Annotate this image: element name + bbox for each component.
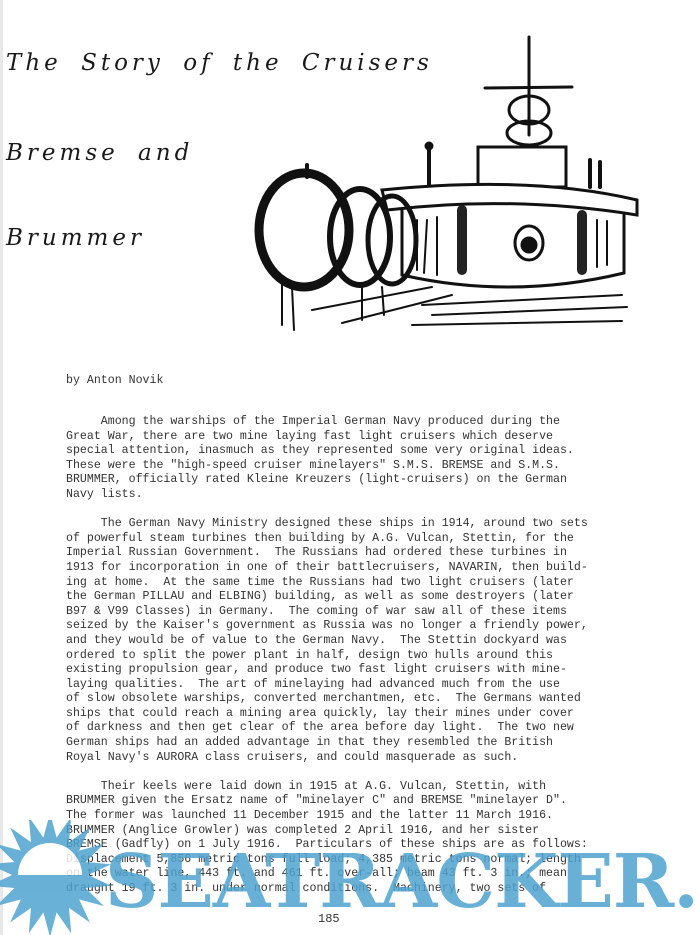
cruiser-illustration (252, 25, 682, 345)
page-edge (0, 0, 3, 935)
paragraph: The German Navy Ministry designed these … (66, 517, 666, 765)
article-body: Among the warships of the Imperial Germa… (66, 415, 666, 911)
title-line-3: Brummer (6, 225, 145, 251)
page-number: 185 (318, 912, 340, 926)
paragraph: Among the warships of the Imperial Germa… (66, 415, 666, 503)
title-line-2: Bremse and (6, 140, 193, 166)
byline: by Anton Novik (66, 374, 163, 389)
watermark-text: SEATRACKER.RU (105, 845, 700, 919)
